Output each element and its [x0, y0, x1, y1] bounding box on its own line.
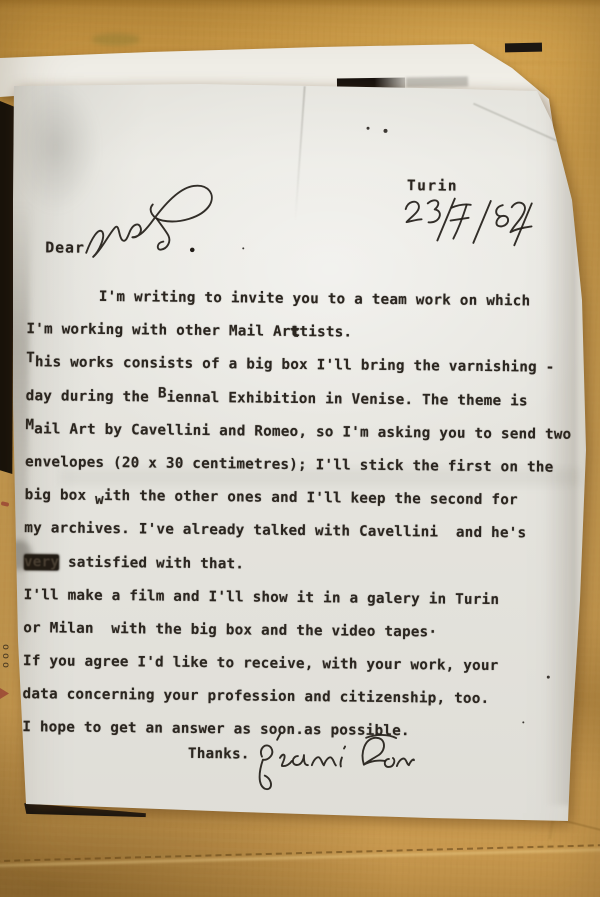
- letter-wrap: Turin Dear: [0, 0, 600, 897]
- typed-text: my archives. I've already talked with Ca…: [24, 520, 526, 541]
- typed-text: t: [291, 324, 300, 340]
- typed-text: ith the other ones and I'll keep the sec…: [104, 488, 518, 508]
- handwritten-signature: [246, 730, 417, 796]
- ink-speck: [367, 127, 370, 130]
- typed-text: or Milan with the big box and the video …: [23, 620, 437, 640]
- handwritten-date: [399, 192, 540, 249]
- letter-line: I'll make a film and I'll show it in a g…: [23, 579, 575, 618]
- typed-text: w: [95, 492, 104, 508]
- photo-of-letter: ooo Turin: [0, 0, 600, 897]
- letter-line: very satisfied with that.: [24, 546, 576, 585]
- typed-text: T: [26, 351, 35, 367]
- redacted-word: very: [24, 554, 59, 570]
- typed-text: B: [158, 385, 167, 401]
- letter-closing: Thanks.: [188, 746, 250, 763]
- typed-text: day during the: [26, 388, 158, 405]
- typed-text: tists.: [299, 324, 352, 341]
- letter-content: Turin Dear: [5, 82, 575, 833]
- ink-speck: [547, 676, 550, 679]
- typed-text: I'm working with other Mail Ar: [26, 321, 290, 340]
- typed-text: envelopes (20 x 30 centimetres); I'll st…: [25, 454, 554, 476]
- typed-text: his works consists of a big box I'll bri…: [35, 355, 555, 376]
- letter-paper: Turin Dear: [0, 0, 600, 897]
- typed-text: big box: [25, 487, 96, 504]
- letter-line: This works consists of a big box I'll br…: [26, 347, 578, 386]
- typed-text: satisfied with that.: [59, 554, 244, 572]
- typed-text: I'll make a film and I'll show it in a g…: [24, 587, 500, 608]
- typed-text: ail Art by Cavellini and Romeo, so I'm a…: [34, 421, 571, 443]
- letter-line: my archives. I've already talked with Ca…: [24, 512, 576, 551]
- ink-speck: [383, 129, 387, 133]
- ink-speck: [242, 247, 244, 249]
- typed-text: If you agree I'd like to receive, with y…: [23, 653, 499, 674]
- typed-text: data concerning your profession and citi…: [23, 686, 490, 707]
- typed-text: iennal Exhibition in Venise. The theme i…: [167, 389, 528, 409]
- handwritten-name: [66, 177, 262, 264]
- typed-text: I'm writing to invite you to a team work…: [99, 289, 531, 310]
- letter-line: day during the Biennal Exhibition in Ven…: [26, 380, 578, 419]
- letter-body: I'm writing to invite you to a team work…: [22, 280, 579, 750]
- typed-text: M: [25, 417, 34, 433]
- ink-speck: [522, 721, 524, 723]
